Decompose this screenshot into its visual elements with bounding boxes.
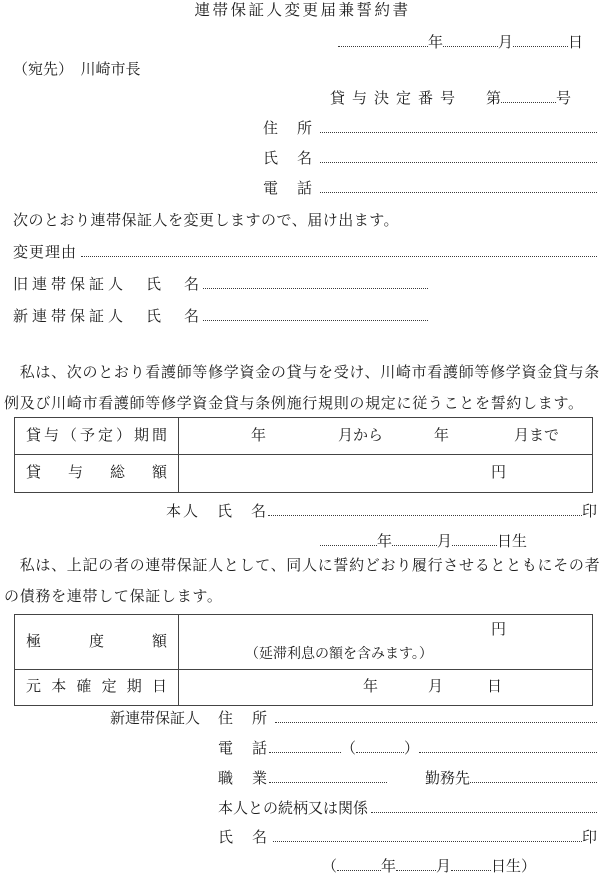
- loan-total-unit: 円: [491, 455, 506, 492]
- date-year-label: 年: [428, 33, 443, 53]
- applicant-name-line: 氏 名: [263, 149, 597, 169]
- form-title: 連帯保証人変更届兼誓約書: [0, 1, 605, 21]
- fix-date-month: 月: [428, 670, 443, 705]
- ng-occupation-line: 職 業 勤務先: [218, 769, 597, 789]
- old-guarantor-label: 旧連帯保証人 氏 名: [13, 275, 203, 295]
- limit-unit: 円: [491, 617, 506, 643]
- ng-seal: 印: [582, 828, 597, 848]
- date-line: 年 月 日: [338, 33, 583, 53]
- oath-paragraph-line2: 例及び川崎市看護師等修学資金貸与条例施行規則の規定に従うことを誓約します。: [4, 394, 584, 414]
- ng-birth-day-label: 日生）: [491, 857, 536, 877]
- change-reason-line: 変更理由: [13, 243, 597, 263]
- ng-workplace-label: 勤務先: [425, 769, 470, 789]
- fix-date-year: 年: [363, 670, 378, 705]
- loan-number-suffix: 号: [556, 89, 571, 109]
- limit-note: （延滞利息の額を含みます。）: [245, 642, 433, 668]
- applicant-address-blank: [320, 128, 597, 133]
- ng-phone-blank2: [356, 748, 404, 753]
- date-month-label: 月: [498, 33, 513, 53]
- guarantee-paragraph-line2: の債務を連帯して保証します。: [4, 587, 223, 607]
- principal-birth-month-label: 月: [437, 532, 452, 552]
- document-page: 連帯保証人変更届兼誓約書 年 月 日 （宛先） 川崎市長 貸与決定番号 第 号 …: [0, 0, 605, 877]
- ng-birth-paren-open: （: [322, 857, 337, 877]
- principal-seal: 印: [582, 502, 597, 522]
- fix-date-label-cell: 元本確定期日: [15, 670, 179, 705]
- loan-period-from: 月から: [338, 418, 383, 455]
- guarantee-paragraph-line1: 私は、上記の者の連帯保証人として、同人に誓約どおり履行させるとともにその者: [4, 556, 600, 576]
- ng-relation-label: 本人との続柄又は関係: [218, 799, 368, 819]
- change-statement: 次のとおり連帯保証人を変更しますので、届け出ます。: [13, 211, 399, 231]
- applicant-phone-blank: [320, 188, 597, 193]
- loan-number-prefix: 第: [486, 89, 501, 109]
- new-guarantor-blank: [203, 316, 428, 321]
- ng-address-line: 新連帯保証人 住 所: [110, 709, 597, 729]
- applicant-address-label: 住 所: [263, 119, 314, 139]
- loan-number-blank: [501, 98, 556, 103]
- ng-phone-blank1: [269, 748, 341, 753]
- applicant-address-line: 住 所: [263, 119, 597, 139]
- principal-birth-line: 年 月 日生: [320, 532, 527, 552]
- ng-relation-line: 本人との続柄又は関係: [218, 799, 597, 819]
- change-reason-label: 変更理由: [13, 243, 77, 263]
- principal-birth-day-blank: [452, 541, 497, 546]
- fix-date-day: 日: [487, 670, 502, 705]
- ng-occupation-label: 職 業: [218, 769, 269, 789]
- ng-occupation-gap: [387, 782, 425, 783]
- loan-period-year1: 年: [251, 418, 266, 455]
- principal-name-line: 本人 氏 名 印: [166, 502, 597, 522]
- principal-name-blank: [268, 511, 582, 516]
- applicant-phone-line: 電 話: [263, 179, 597, 199]
- principal-birth-year-blank: [320, 541, 377, 546]
- ng-birth-year-label: 年: [381, 857, 396, 877]
- oath-paragraph-line1: 私は、次のとおり看護師等修学資金の貸与を受け、川崎市看護師等修学資金貸与条: [4, 363, 600, 383]
- guarantee-table: 極度額 円 （延滞利息の額を含みます。） 元本確定期日 年 月 日: [14, 614, 593, 706]
- date-day-blank: [513, 42, 568, 47]
- loan-period-to: 月まで: [514, 418, 559, 455]
- limit-value-cell: 円 （延滞利息の額を含みます。）: [179, 615, 592, 670]
- new-guarantor-line: 新連帯保証人 氏 名: [13, 307, 428, 327]
- principal-birth-year-label: 年: [377, 532, 392, 552]
- applicant-phone-label: 電 話: [263, 179, 314, 199]
- ng-address-label: 住 所: [218, 709, 269, 729]
- ng-phone-line: 電 話 （ ）: [218, 739, 597, 759]
- ng-name-blank: [273, 837, 582, 842]
- ng-birth-year-blank: [337, 866, 381, 871]
- ng-heading: 新連帯保証人: [110, 709, 200, 729]
- ng-phone-label: 電 話: [218, 739, 269, 759]
- principal-birth-day-label: 日生: [497, 532, 527, 552]
- old-guarantor-blank: [203, 284, 428, 289]
- ng-relation-blank: [371, 808, 597, 813]
- loan-table: 貸与（予定）期間 年 月から 年 月まで 貸与総額 円: [14, 417, 593, 493]
- ng-phone-paren-close: ）: [404, 739, 419, 759]
- principal-birth-month-blank: [392, 541, 437, 546]
- ng-birth-month-blank: [396, 866, 436, 871]
- fix-date-value-cell: 年 月 日: [179, 670, 592, 705]
- loan-number-line: 貸与決定番号 第 号: [330, 89, 571, 109]
- ng-birth-line: （ 年 月 日生）: [322, 857, 536, 877]
- loan-total-label: 貸与総額: [15, 455, 178, 492]
- date-day-label: 日: [568, 33, 583, 53]
- ng-name-label: 氏 名: [218, 828, 269, 848]
- ng-occupation-blank: [269, 778, 387, 783]
- ng-birth-month-label: 月: [436, 857, 451, 877]
- loan-total-value-cell: 円: [179, 455, 592, 492]
- principal-name-label: 本人 氏 名: [166, 502, 268, 522]
- loan-period-value-cell: 年 月から 年 月まで: [179, 418, 592, 455]
- old-guarantor-line: 旧連帯保証人 氏 名: [13, 275, 428, 295]
- applicant-name-label: 氏 名: [263, 149, 314, 169]
- ng-name-line: 氏 名 印: [218, 828, 597, 848]
- ng-workplace-blank: [470, 778, 597, 783]
- ng-birth-day-blank: [451, 866, 491, 871]
- date-month-blank: [443, 42, 498, 47]
- loan-number-label: 貸与決定番号: [330, 89, 462, 109]
- fix-date-label: 元本確定期日: [15, 670, 178, 705]
- ng-phone-blank3: [419, 748, 597, 753]
- change-reason-blank: [81, 252, 597, 257]
- loan-period-year2: 年: [434, 418, 449, 455]
- loan-total-label-cell: 貸与総額: [15, 455, 179, 492]
- date-year-blank: [338, 42, 428, 47]
- limit-label: 極度額: [15, 615, 178, 670]
- addressee: （宛先） 川崎市長: [13, 60, 141, 80]
- ng-address-blank: [275, 718, 597, 723]
- applicant-name-blank: [320, 158, 597, 163]
- loan-period-label: 貸与（予定）期間: [15, 418, 178, 455]
- loan-period-label-cell: 貸与（予定）期間: [15, 418, 179, 455]
- ng-heading-gap: [200, 722, 218, 723]
- loan-number-gap: [462, 102, 486, 103]
- ng-phone-paren-open: （: [341, 739, 356, 759]
- limit-label-cell: 極度額: [15, 615, 179, 670]
- new-guarantor-label: 新連帯保証人 氏 名: [13, 307, 203, 327]
